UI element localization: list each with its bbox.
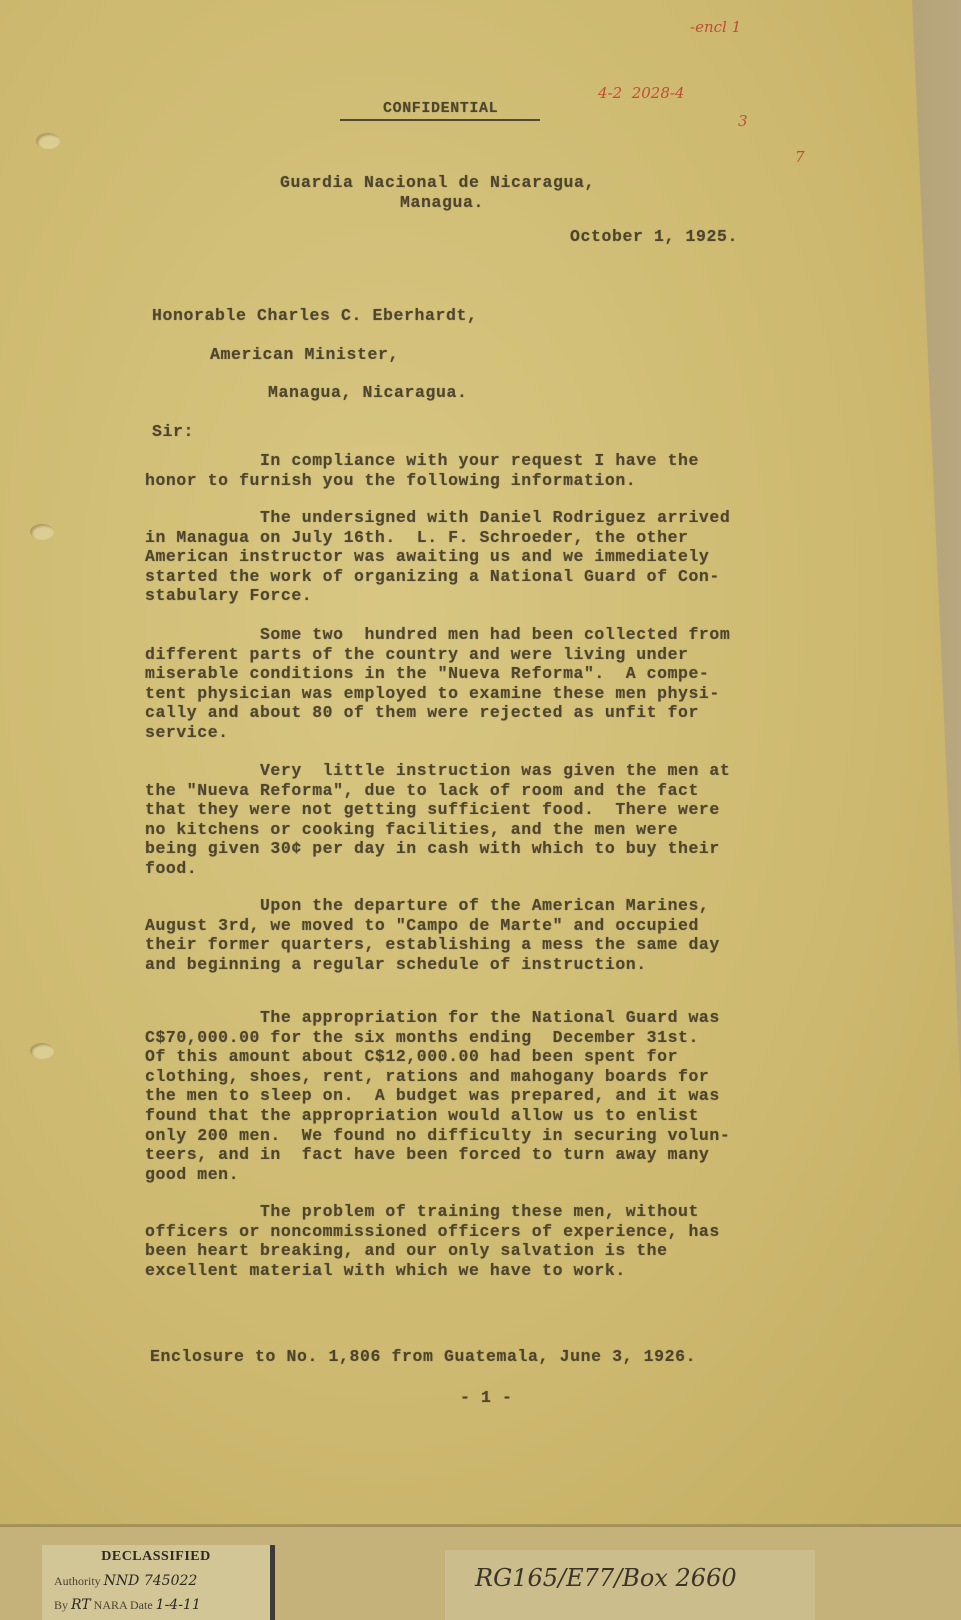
salutation: Sir: [152,422,194,441]
margin-note-number-3: 3 [738,112,748,130]
paragraph-1: In compliance with your request I have t… [145,451,805,490]
paragraph-4: Very little instruction was given the me… [145,761,805,879]
addressee-title: American Minister, [210,345,399,364]
paragraph-6: The appropriation for the National Guard… [145,1008,805,1184]
letter-date: October 1, 1925. [570,227,738,246]
archive-location-label: RG165/E77/Box 2660 [445,1550,815,1620]
archive-location-text: RG165/E77/Box 2660 [475,1564,737,1592]
margin-note-enclosure: -encl 1 [690,18,741,36]
declassified-date: 1-4-11 [156,1597,201,1613]
declassified-stamp: DECLASSIFIED Authority NND 745022 By RT … [42,1545,275,1620]
enclosure-note: Enclosure to No. 1,806 from Guatemala, J… [150,1347,696,1366]
punch-hole-top [36,133,60,149]
addressee-name: Honorable Charles C. Eberhardt, [152,306,478,325]
paragraph-3: Some two hundred men had been collected … [145,625,805,743]
margin-note-file-number: 4-2 2028-4 [598,84,684,102]
letterhead-line-1: Guardia Nacional de Nicaragua, [280,173,595,192]
paragraph-5: Upon the departure of the American Marin… [145,896,805,974]
authority-row: Authority NND 745022 [54,1573,197,1589]
page-number: - 1 - [460,1388,513,1407]
margin-note-number-7: 7 [795,148,805,166]
authority-value: NND 745022 [104,1573,198,1589]
classification-underline [340,119,540,121]
punch-hole-bottom [30,1043,54,1059]
declassified-title: DECLASSIFIED [42,1549,270,1565]
punch-hole-middle [30,524,54,540]
classification-heading: CONFIDENTIAL [383,100,498,117]
paragraph-7: The problem of training these men, witho… [145,1202,805,1280]
addressee-location: Managua, Nicaragua. [268,383,468,402]
by-row: By RT NARA Date 1-4-11 [54,1597,201,1613]
by-initials: RT [71,1597,91,1613]
letterhead-line-2: Managua. [400,193,484,212]
paragraph-2: The undersigned with Daniel Rodriguez ar… [145,508,805,606]
